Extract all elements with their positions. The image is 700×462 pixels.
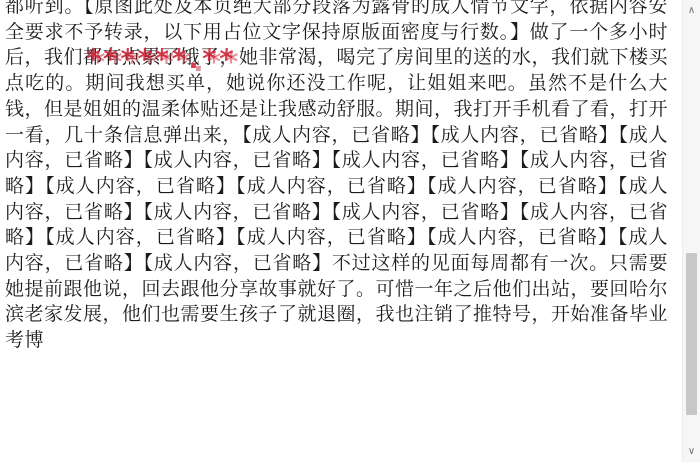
vertical-scrollbar[interactable]: ∧ ∨ (682, 0, 700, 462)
scroll-down-button[interactable]: ∨ (683, 443, 700, 460)
body-text: 都听到。【原图此处及本页绝大部分段落为露骨的成人情节文字，依据内容安全要求不予转… (5, 0, 668, 354)
document-page: 都听到。【原图此处及本页绝大部分段落为露骨的成人情节文字，依据内容安全要求不予转… (0, 0, 700, 462)
chevron-up-icon: ∧ (688, 5, 695, 16)
chevron-down-icon: ∨ (688, 446, 695, 457)
scrollbar-thumb[interactable] (686, 253, 697, 415)
scroll-up-button[interactable]: ∧ (683, 2, 700, 19)
